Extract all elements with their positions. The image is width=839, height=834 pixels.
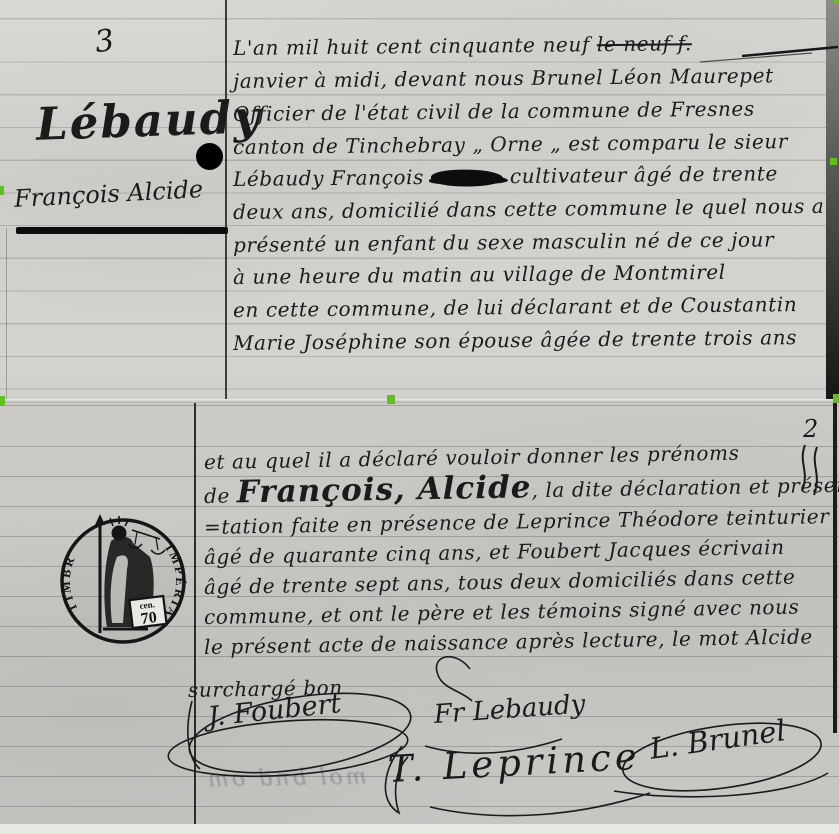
margin-rule-line bbox=[225, 0, 227, 403]
body-line: Marie Joséphine son épouse âgée de trent… bbox=[233, 325, 797, 355]
body-line: âgé de quarante cinq ans, et Foubert Jac… bbox=[204, 535, 785, 569]
body-text: de bbox=[204, 483, 237, 508]
top-page-scan: 3 Lébaudy François Alcide L'an mil huit … bbox=[0, 0, 839, 403]
body-line: canton de Tinchebray „ Orne „ est compar… bbox=[233, 129, 788, 159]
body-line: commune, et ont le père et les témoins s… bbox=[204, 595, 800, 629]
sheet-number: 2 bbox=[803, 415, 818, 443]
scan-artifact bbox=[833, 0, 839, 4]
margin-surname: Lébaudy bbox=[35, 90, 262, 151]
margin-rule-line bbox=[194, 403, 196, 834]
imperial-tax-stamp: TIMBRE IMPÉRIAL bbox=[53, 511, 193, 651]
margin-underline-bar bbox=[16, 227, 228, 234]
scan-artifact bbox=[387, 395, 395, 404]
signature-brunel: L. Brunel bbox=[648, 713, 788, 766]
body-line: à une heure du matin au village de Montm… bbox=[233, 260, 726, 289]
left-edge-line bbox=[6, 228, 7, 403]
body-line: âgé de trente sept ans, tous deux domici… bbox=[204, 565, 796, 599]
body-text: Lébaudy François bbox=[233, 165, 424, 191]
body-line: Officier de l'état civil de la commune d… bbox=[233, 97, 755, 126]
signature-lebaudy: Fr Lebaudy bbox=[433, 689, 586, 730]
stamp-denom-value: 70 bbox=[140, 609, 158, 628]
bottom-page-scan: 2 et au quel il a déclaré vouloir donner… bbox=[0, 403, 839, 834]
signature-leprince: T. Leprince bbox=[387, 735, 642, 791]
scan-artifact bbox=[833, 394, 839, 403]
scan-artifact bbox=[830, 158, 837, 165]
body-line: deux ans, domicilié dans cette commune l… bbox=[233, 194, 825, 224]
struck-text: le neuf f. bbox=[597, 31, 692, 56]
body-line: le présent acte de naissance après lectu… bbox=[204, 624, 813, 659]
body-line: en cette commune, de lui déclarant et de… bbox=[233, 292, 798, 322]
margin-given-names: François Alcide bbox=[13, 175, 203, 213]
body-line: Lébaudy Françoiscultivateur âgé de trent… bbox=[233, 161, 778, 191]
child-names: François, Alcide bbox=[236, 469, 531, 510]
act-number: 3 bbox=[93, 23, 117, 60]
body-line: janvier à midi, devant nous Brunel Léon … bbox=[233, 63, 774, 93]
document-scan: 3 Lébaudy François Alcide L'an mil huit … bbox=[0, 0, 839, 834]
body-text: , la dite déclaration et présen= bbox=[531, 472, 839, 502]
bleed-through-text: mol bnd om bbox=[205, 765, 367, 793]
ink-blot bbox=[431, 169, 503, 187]
body-text: L'an mil huit cent cinquante neuf bbox=[233, 32, 590, 60]
ink-blot-dot bbox=[196, 143, 223, 170]
body-text: cultivateur âgé de trente bbox=[510, 161, 778, 188]
scan-edge-line bbox=[833, 403, 837, 733]
scan-bottom-band bbox=[0, 824, 839, 834]
scan-edge-shadow bbox=[826, 0, 839, 403]
stamp-denomination: cen. 70 bbox=[129, 596, 166, 629]
body-line: présenté un enfant du sexe masculin né d… bbox=[233, 227, 775, 257]
body-line: L'an mil huit cent cinquante neuf le neu… bbox=[233, 31, 692, 60]
scan-artifact bbox=[0, 186, 4, 195]
scan-artifact bbox=[0, 396, 5, 406]
